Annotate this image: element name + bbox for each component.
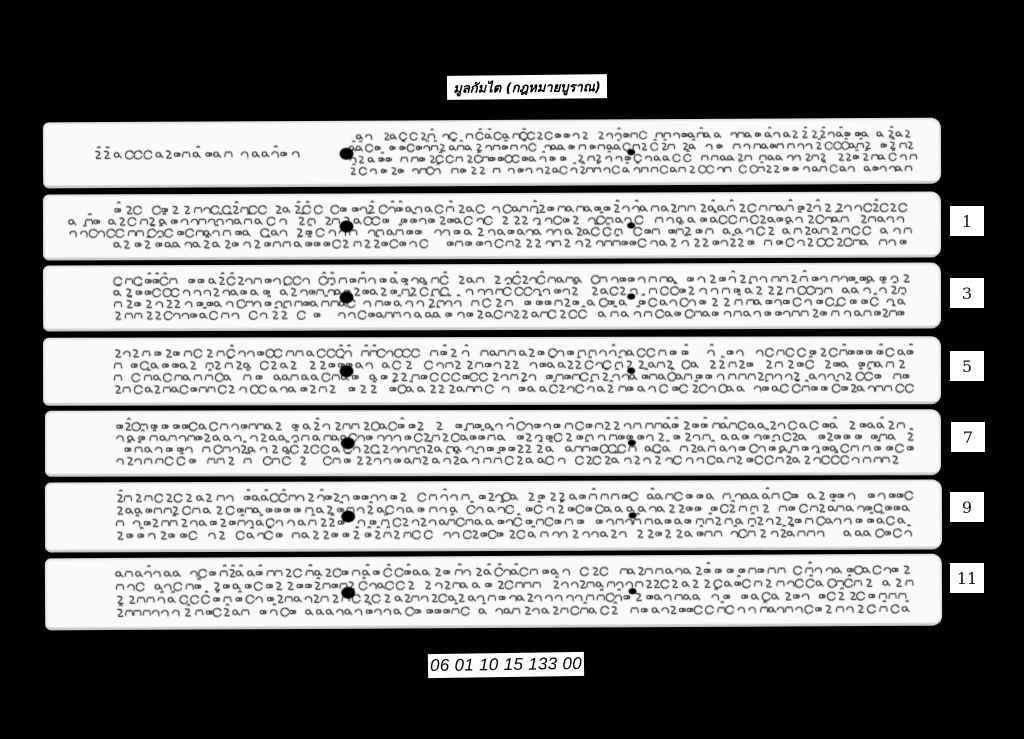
page-number-label: 7	[951, 422, 985, 452]
manuscript-leaf-cover	[43, 118, 941, 189]
manuscript-leaf-11	[45, 554, 942, 631]
page-number-label: 11	[950, 563, 984, 593]
manuscript-leaf-7	[45, 409, 941, 477]
page-number-label: 1	[950, 206, 984, 236]
handwritten-script	[45, 554, 942, 631]
handwritten-script	[43, 191, 941, 260]
handwritten-script	[43, 336, 941, 406]
manuscript-leaf-1	[43, 191, 941, 260]
manuscript-leaf-9	[45, 479, 942, 552]
handwritten-script	[45, 479, 942, 552]
handwritten-script	[45, 409, 941, 477]
catalog-number-label: 06 01 10 15 133 00	[428, 652, 584, 678]
title-label: มูลกัมไต (กฎหมายบูราณ)	[447, 74, 607, 100]
handwritten-script	[43, 118, 941, 189]
handwritten-script	[43, 262, 941, 331]
page-number-label: 9	[950, 492, 984, 522]
page-number-label: 5	[950, 351, 984, 381]
manuscript-leaf-3	[43, 262, 941, 331]
manuscript-leaf-5	[43, 336, 941, 406]
page-number-label: 3	[950, 278, 984, 308]
